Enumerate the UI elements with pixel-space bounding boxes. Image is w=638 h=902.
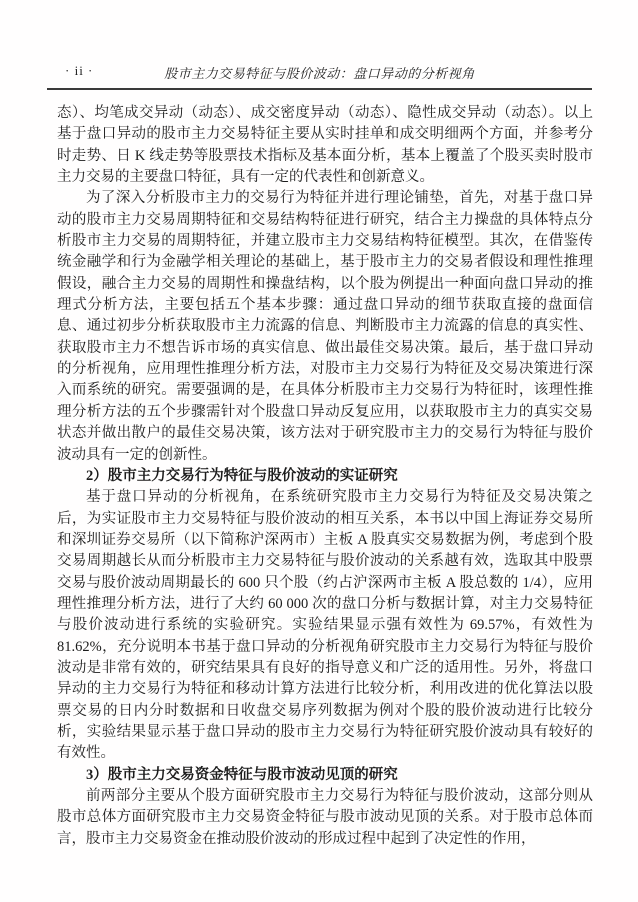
- paragraph: 基于盘口异动的分析视角，在系统研究股市主力交易行为特征及交易决策之后，为实证股市…: [57, 487, 593, 764]
- section-heading-2: 2）股市主力交易行为特征与股价波动的实证研究: [57, 466, 593, 487]
- book-page: · ii · 股市主力交易特征与股价波动：盘口异动的分析视角 态）、均笔成交异动…: [0, 0, 638, 902]
- paragraph-continuation: 态）、均笔成交异动（动态）、成交密度异动（动态）、隐性成交异动（动态）。以上基于…: [57, 103, 593, 188]
- paragraph: 前两部分主要从个股方面研究股市主力交易行为特征与股价波动，这部分则从股市总体方面…: [57, 786, 593, 850]
- page-body: 态）、均笔成交异动（动态）、成交密度异动（动态）、隐性成交异动（动态）。以上基于…: [57, 103, 593, 850]
- running-header-title: 股市主力交易特征与股价波动：盘口异动的分析视角: [47, 63, 592, 82]
- section-heading-3: 3）股市主力交易资金特征与股市波动见顶的研究: [57, 765, 593, 786]
- paragraph: 为了深入分析股市主力的交易行为特征并进行理论铺垫，首先，对基于盘口异动的股市主力…: [57, 188, 593, 465]
- running-header: · ii · 股市主力交易特征与股价波动：盘口异动的分析视角: [47, 60, 592, 90]
